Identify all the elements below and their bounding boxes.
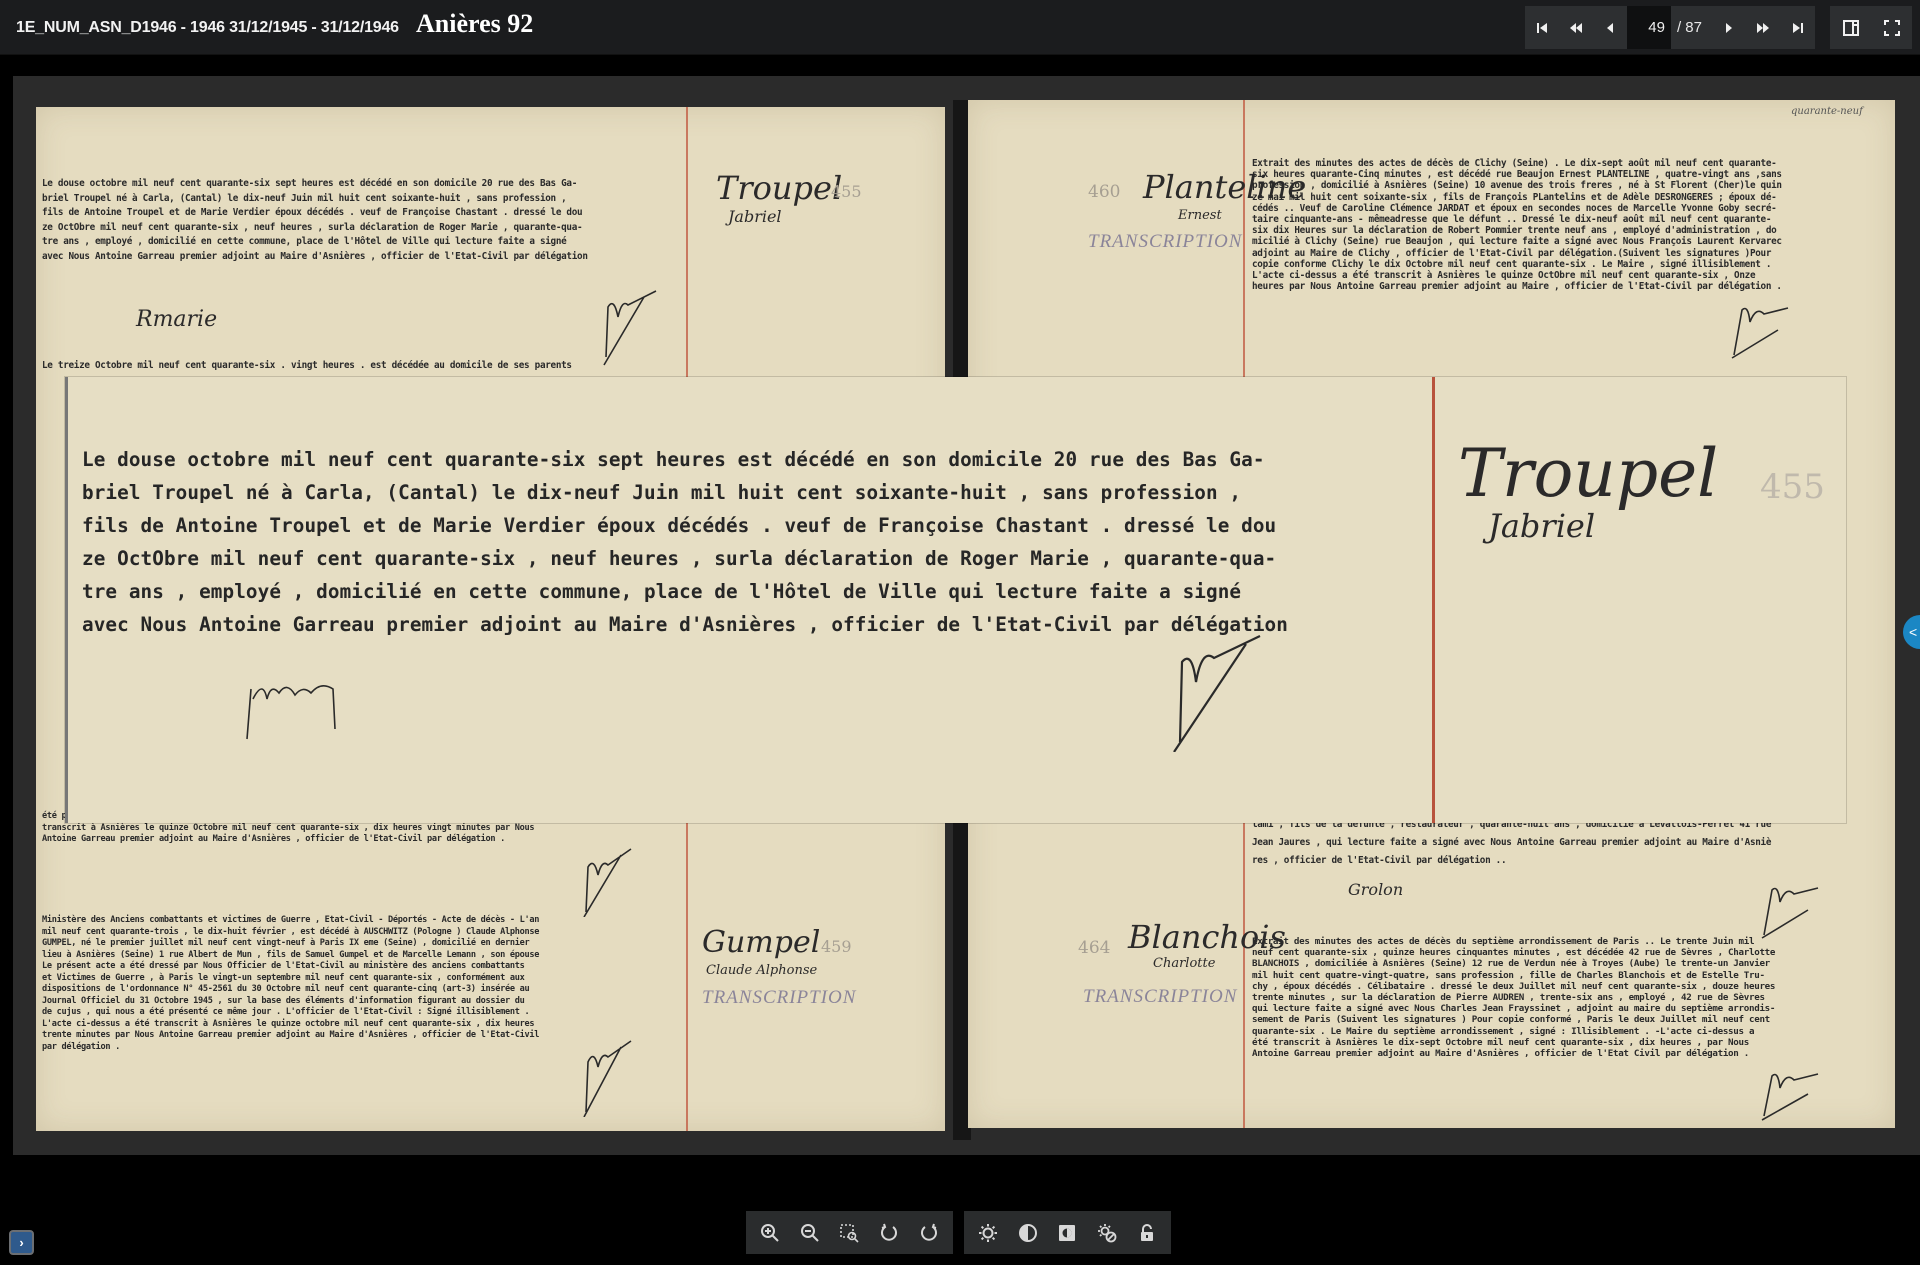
fullscreen-button[interactable] (1871, 6, 1912, 49)
top-bar: 1E_NUM_ASN_D1946 - 1946 31/12/1945 - 31/… (0, 0, 1920, 55)
entry-459-surname: Gumpel (702, 925, 820, 960)
declarant-signature: Rmarie (136, 307, 217, 332)
transcription-stamp: TRANSCRIPTION (1083, 986, 1237, 1008)
chevron-left-icon: < (1909, 624, 1917, 640)
officer-signature-icon (576, 847, 636, 922)
magnified-declarant-signature-icon (243, 659, 373, 754)
side-panel-toggle[interactable]: › (9, 1230, 34, 1255)
next-page-button[interactable] (1712, 6, 1746, 49)
declarant-signature: Grolon (1348, 880, 1403, 899)
fast-back-button[interactable] (1559, 6, 1593, 49)
entry-460-number: 460 (1088, 182, 1120, 202)
contrast-button[interactable] (1008, 1211, 1048, 1254)
zoom-region-button[interactable] (830, 1211, 870, 1254)
zoom-in-button[interactable] (750, 1211, 790, 1254)
zoom-in-icon (760, 1223, 780, 1243)
previous-icon (1603, 21, 1617, 35)
magnified-officer-signature-icon (1168, 632, 1268, 757)
contrast-icon (1018, 1223, 1038, 1243)
magnified-number: 455 (1760, 467, 1825, 507)
entry-460-given-name: Ernest (1178, 208, 1222, 223)
image-adjust-toolbar (964, 1211, 1171, 1254)
magnifier-lens[interactable]: Le douse octobre mil neuf cent quarante-… (65, 377, 1846, 823)
fast-forward-icon (1756, 21, 1770, 35)
page-navigation-back-group: / 87 (1525, 6, 1712, 49)
officer-signature-icon (1728, 300, 1798, 365)
last-page-button[interactable] (1781, 6, 1815, 49)
magnified-entry-text: Le douse octobre mil neuf cent quarante-… (82, 443, 1288, 641)
entry-459-text: Ministère des Anciens combattants et vic… (42, 915, 539, 1053)
rotate-counterclockwise-icon (919, 1223, 939, 1243)
transcription-stamp: TRANSCRIPTION (702, 987, 856, 1009)
fullscreen-icon (1882, 18, 1902, 38)
unlock-icon (1137, 1223, 1157, 1243)
zoom-rotate-toolbar (746, 1211, 953, 1254)
document-reference: 1E_NUM_ASN_D1946 - 1946 31/12/1945 - 31/… (16, 19, 399, 37)
officer-signature-icon (596, 287, 666, 372)
page-navigation-forward-group (1712, 6, 1815, 49)
first-page-button[interactable] (1525, 6, 1559, 49)
entry-459-number: 459 (821, 937, 852, 956)
page-number-input[interactable] (1627, 6, 1671, 49)
zoom-out-icon (800, 1223, 820, 1243)
reset-adjustments-button[interactable] (1087, 1211, 1127, 1254)
brightness-button[interactable] (968, 1211, 1008, 1254)
page-indicator: / 87 (1627, 6, 1712, 49)
chevron-right-icon: › (19, 1235, 23, 1250)
entry-460-text: Extrait des minutes des actes de décès d… (1252, 158, 1782, 292)
officer-signature-icon (576, 1037, 636, 1122)
folio-word: quarante-neuf (1791, 106, 1863, 117)
entry-455-given-name: Jabriel (728, 207, 782, 226)
rotate-clockwise-button[interactable] (869, 1211, 909, 1254)
next-entry-start: Le treize Octobre mil neuf cent quarante… (42, 359, 572, 374)
next-icon (1722, 21, 1736, 35)
magnified-margin-line (1432, 377, 1435, 823)
brightness-icon (978, 1223, 998, 1243)
entry-459-given-name: Claude Alphonse (706, 963, 817, 978)
reset-adjustments-icon (1097, 1223, 1117, 1243)
entry-464-text: Extrait des minutes des actes de décès d… (1252, 936, 1775, 1059)
unlock-button[interactable] (1127, 1211, 1167, 1254)
document-viewer[interactable]: Le douse octobre mil neuf cent quarante-… (13, 76, 1920, 1155)
transcription-stamp: TRANSCRIPTION (1088, 231, 1242, 253)
view-options-group (1830, 6, 1912, 49)
invert-colors-button[interactable] (1048, 1211, 1088, 1254)
entry-464-given-name: Charlotte (1153, 956, 1215, 971)
skip-to-last-icon (1791, 21, 1805, 35)
fast-rewind-icon (1569, 21, 1583, 35)
magnified-given-name: Jabriel (1488, 507, 1595, 545)
rotate-clockwise-icon (879, 1223, 899, 1243)
magnified-surname: Troupel (1458, 435, 1718, 512)
entry-455-number: 455 (831, 182, 862, 201)
officer-signature-icon (1758, 1066, 1828, 1126)
entry-455-surname: Troupel (716, 169, 842, 207)
page-total: / 87 (1671, 19, 1712, 36)
entry-455-text: Le douse octobre mil neuf cent quarante-… (42, 177, 588, 264)
entry-464-number: 464 (1078, 938, 1110, 958)
zoom-region-icon (839, 1223, 859, 1243)
side-panel-layout-icon (1841, 18, 1861, 38)
zoom-out-button[interactable] (790, 1211, 830, 1254)
invert-colors-icon (1057, 1223, 1077, 1243)
fast-forward-button[interactable] (1746, 6, 1780, 49)
commune-title: Anières 92 (416, 9, 533, 39)
skip-to-first-icon (1535, 21, 1549, 35)
view-mode-button[interactable] (1830, 6, 1871, 49)
previous-entry-end: lami , fils de la défunte , restaurateur… (1252, 816, 1771, 870)
rotate-counterclockwise-button[interactable] (909, 1211, 949, 1254)
previous-page-button[interactable] (1593, 6, 1627, 49)
